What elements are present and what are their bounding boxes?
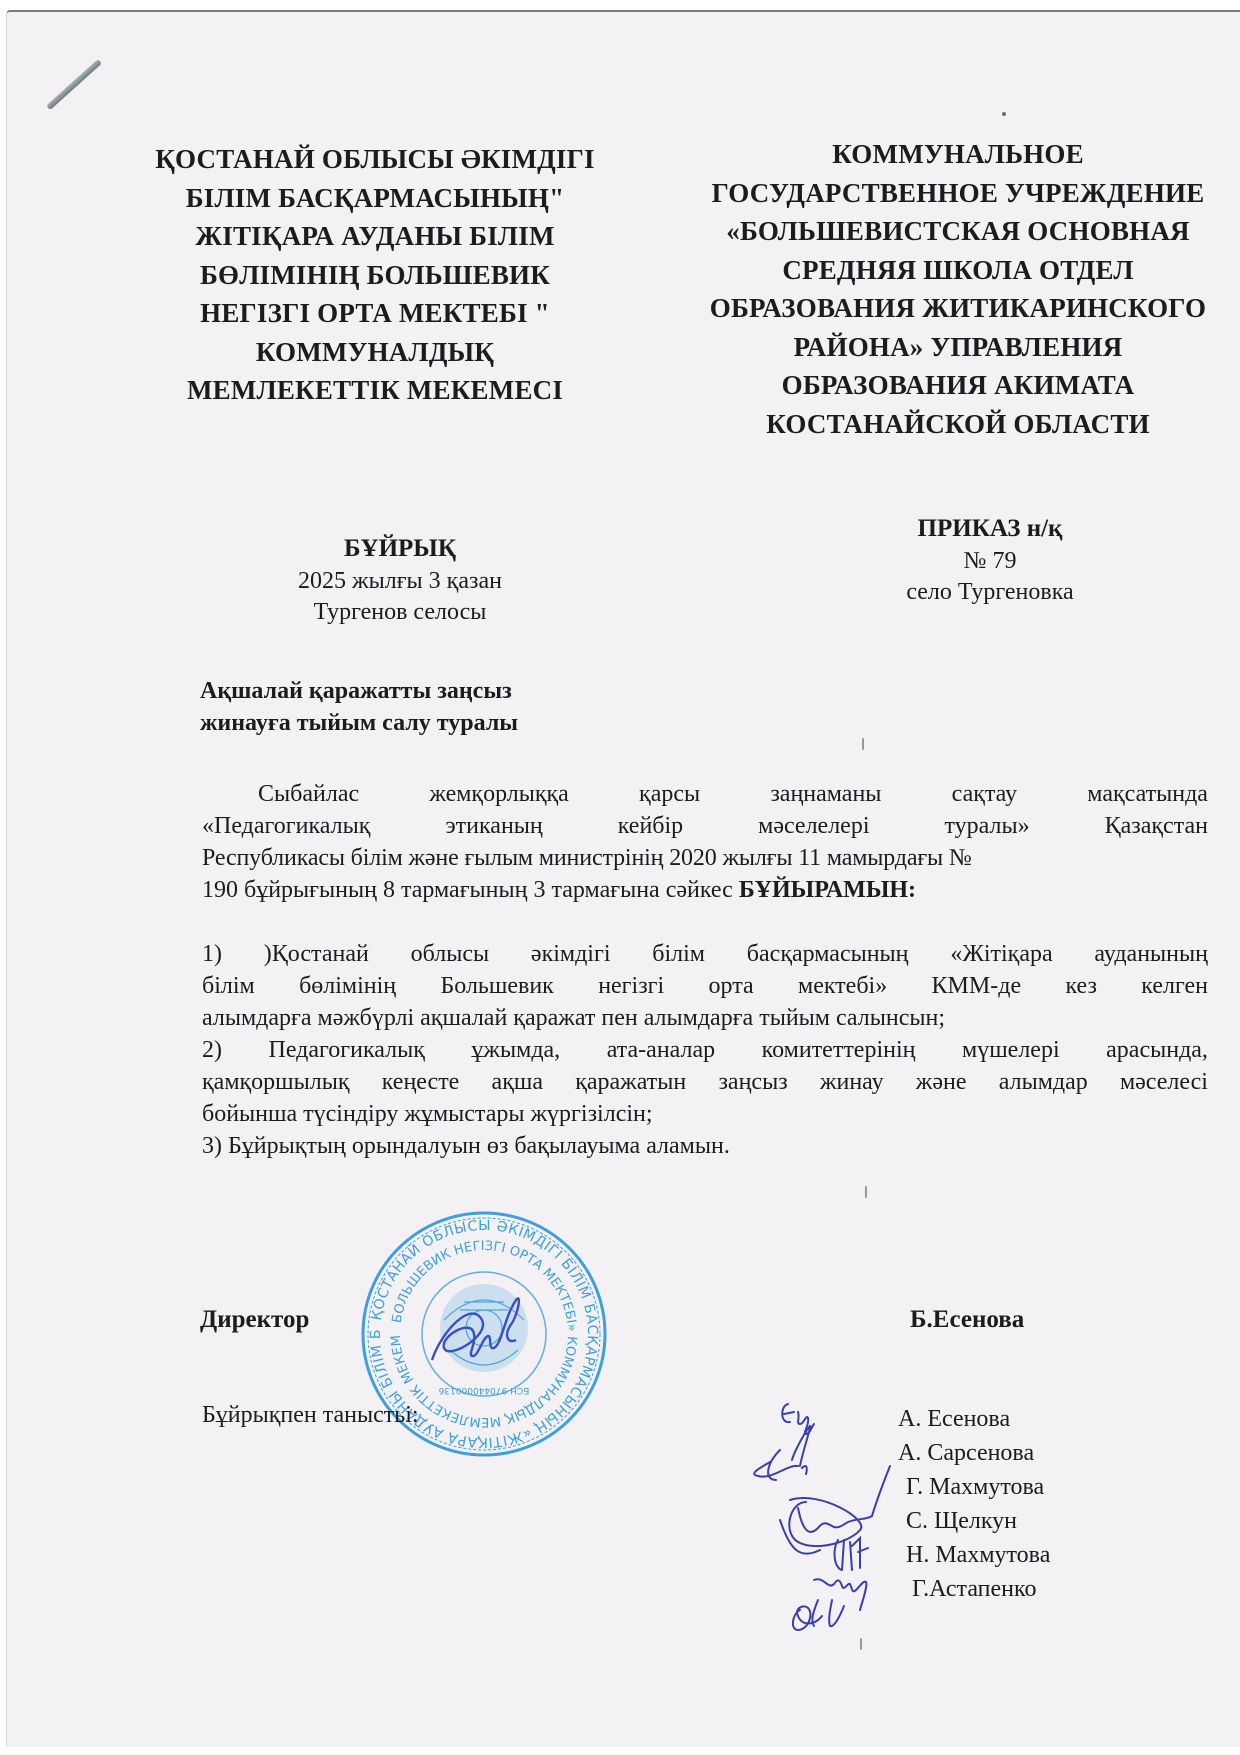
header-line: ҚОСТАНАЙ ОБЛЫСЫ ӘКІМДІГІ xyxy=(130,140,620,179)
header-kazakh: ҚОСТАНАЙ ОБЛЫСЫ ӘКІМДІГІ БІЛІМ БАСҚАРМАС… xyxy=(130,140,620,410)
directive: БҰЙЫРАМЫН: xyxy=(739,877,916,903)
word: негізгі xyxy=(598,970,664,1002)
header-line: ОБРАЗОВАНИЯ АКИМАТА xyxy=(680,366,1236,405)
header-line: «БОЛЬШЕВИСТСКАЯ ОСНОВНАЯ xyxy=(680,212,1236,251)
subject-line: жинауға тыйым салу туралы xyxy=(200,707,518,739)
item-line: білім бөлімінің Большевик негізгі орта м… xyxy=(202,970,1208,1002)
word: сақтау xyxy=(952,778,1017,810)
header-line: КОММУНАЛЬНОЕ xyxy=(680,135,1236,174)
word: білім xyxy=(202,970,255,1002)
scan-speck xyxy=(1002,112,1006,116)
item-number: 2) xyxy=(202,1034,222,1066)
ack-name: Г. Махмутова xyxy=(906,1470,1050,1504)
signature-role: Директор xyxy=(200,1306,309,1334)
item-line: 3) Бұйрықтың орындалуын өз бақылауыма ал… xyxy=(202,1130,1208,1162)
word: ауданының xyxy=(1094,938,1208,970)
word: білім xyxy=(652,938,705,970)
item-line: алымдарға мәжбүрлі ақшалай қаражат пен а… xyxy=(202,1002,1208,1034)
word: жемқорлыққа xyxy=(429,778,569,810)
ack-name: А. Сарсенова xyxy=(898,1436,1050,1470)
word: келген xyxy=(1141,970,1208,1002)
item-line: 1) )Қостанай облысы әкімдігі білім басқа… xyxy=(202,938,1208,970)
word: қарсы xyxy=(639,778,700,810)
word: заңсыз xyxy=(718,1066,787,1098)
word: мақсатында xyxy=(1087,778,1208,810)
order-items: 1) )Қостанай облысы әкімдігі білім басқа… xyxy=(202,938,1208,1162)
word: мәселесі xyxy=(1120,1066,1208,1098)
word: Большевик xyxy=(440,970,553,1002)
word: орта xyxy=(709,970,754,1002)
header-line: БӨЛІМІНІҢ БОЛЬШЕВИК xyxy=(130,256,620,295)
order-russian: ПРИКАЗ н/қ № 79 село Тургеновка xyxy=(850,513,1130,608)
word: облысы xyxy=(411,938,490,970)
signature-name: Б.Есенова xyxy=(910,1306,1024,1334)
word: кез xyxy=(1065,970,1097,1002)
ack-name: А. Есенова xyxy=(898,1402,1050,1436)
preamble-line: Сыбайлас жемқорлыққа қарсы заңнаманы сақ… xyxy=(202,778,1208,810)
word: мәселелері xyxy=(758,810,869,842)
word: кеңесте xyxy=(382,1066,460,1098)
word: қамқоршылық xyxy=(202,1066,350,1098)
preamble-line: Республикасы білім және ғылым министріні… xyxy=(202,842,1208,874)
preamble-line: 190 бұйрығының 8 тармағының 3 тармағына … xyxy=(202,874,1208,906)
item-line: 2) Педагогикалық ұжымда, ата-аналар коми… xyxy=(202,1034,1208,1066)
header-line: БІЛІМ БАСҚАРМАСЫНЫҢ" xyxy=(130,179,620,218)
word: Қазақстан xyxy=(1105,810,1208,842)
word: қаражатын xyxy=(575,1066,686,1098)
acknowledgement-label: Бұйрықпен таныстьі: xyxy=(202,1402,419,1429)
ack-name: Г.Астапенко xyxy=(912,1572,1050,1606)
word: жинау xyxy=(820,1066,884,1098)
header-line: ОБРАЗОВАНИЯ ЖИТИКАРИНСКОГО xyxy=(680,289,1236,328)
order-subject: Ақшалай қаражатты заңсыз жинауға тыйым с… xyxy=(200,675,518,739)
preamble-line: «Педагогикалық этиканың кейбір мәселелер… xyxy=(202,810,1208,842)
word: туралы» xyxy=(944,810,1029,842)
header-line: МЕМЛЕКЕТТІК МЕКЕМЕСІ xyxy=(130,371,620,410)
order-date: 2025 жылғы 3 қазан xyxy=(240,566,560,597)
scan-speck xyxy=(865,1186,867,1198)
word: )Қостанай xyxy=(264,938,369,970)
word: басқармасының xyxy=(747,938,909,970)
item-number: 1) xyxy=(202,938,222,970)
header-line: РАЙОНА» УПРАВЛЕНИЯ xyxy=(680,328,1236,367)
order-number: № 79 xyxy=(850,546,1130,577)
word: ақша xyxy=(492,1066,543,1098)
header-russian: КОММУНАЛЬНОЕ ГОСУДАРСТВЕННОЕ УЧРЕЖДЕНИЕ … xyxy=(680,135,1236,443)
word: бөлімінің xyxy=(299,970,396,1002)
ack-name: Н. Махмутова xyxy=(906,1538,1050,1572)
word: «Педагогикалық xyxy=(202,810,370,842)
word: комитеттерінің xyxy=(762,1034,916,1066)
header-line: ЖІТІҚАРА АУДАНЫ БІЛІМ xyxy=(130,217,620,256)
header-line: ГОСУДАРСТВЕННОЕ УЧРЕЖДЕНИЕ xyxy=(680,174,1236,213)
word: мектебі» xyxy=(798,970,887,1002)
ack-name: С. Щелкун xyxy=(906,1504,1050,1538)
subject-line: Ақшалай қаражатты заңсыз xyxy=(200,675,518,707)
scan-speck xyxy=(862,738,864,750)
word: Педагогикалық xyxy=(269,1034,425,1066)
order-place: Тургенов селосы xyxy=(240,597,560,628)
order-kazakh: БҰЙРЫҚ 2025 жылғы 3 қазан Тургенов селос… xyxy=(240,533,560,628)
word: кейбір xyxy=(618,810,683,842)
word: алымдар xyxy=(999,1066,1088,1098)
acknowledgement-names: А. Есенова А. Сарсенова Г. Махмутова С. … xyxy=(898,1402,1050,1606)
text: 190 бұйрығының 8 тармағының 3 тармағына … xyxy=(202,877,739,903)
word: арасында, xyxy=(1106,1034,1208,1066)
word: ұжымда, xyxy=(471,1034,560,1066)
header-line: СРЕДНЯЯ ШКОЛА ОТДЕЛ xyxy=(680,251,1236,290)
word: әкімдігі xyxy=(531,938,611,970)
header-line: КОММУНАЛДЫҚ xyxy=(130,333,620,372)
item-line: бойынша түсіндіру жұмыстары жүргізілсін; xyxy=(202,1098,1208,1130)
item-line: қамқоршылық кеңесте ақша қаражатын заңсы… xyxy=(202,1066,1208,1098)
order-place: село Тургеновка xyxy=(850,577,1130,608)
header-line: КОСТАНАЙСКОЙ ОБЛАСТИ xyxy=(680,405,1236,444)
word: этиканың xyxy=(445,810,542,842)
word: ата-аналар xyxy=(607,1034,715,1066)
word: «Жітіқара xyxy=(950,938,1052,970)
word: КММ-де xyxy=(932,970,1022,1002)
word: және xyxy=(916,1066,967,1098)
header-line: НЕГІЗГІ ОРТА МЕКТЕБІ " xyxy=(130,294,620,333)
word: мүшелері xyxy=(962,1034,1060,1066)
order-title: ПРИКАЗ н/қ xyxy=(850,513,1130,544)
word: Сыбайлас xyxy=(258,778,359,810)
handwritten-signatures xyxy=(740,1390,910,1640)
preamble: Сыбайлас жемқорлыққа қарсы заңнаманы сақ… xyxy=(202,778,1208,906)
stamp-bin: БСН 970440000136 xyxy=(438,1385,529,1395)
order-title: БҰЙРЫҚ xyxy=(240,533,560,564)
word: заңнаманы xyxy=(770,778,881,810)
